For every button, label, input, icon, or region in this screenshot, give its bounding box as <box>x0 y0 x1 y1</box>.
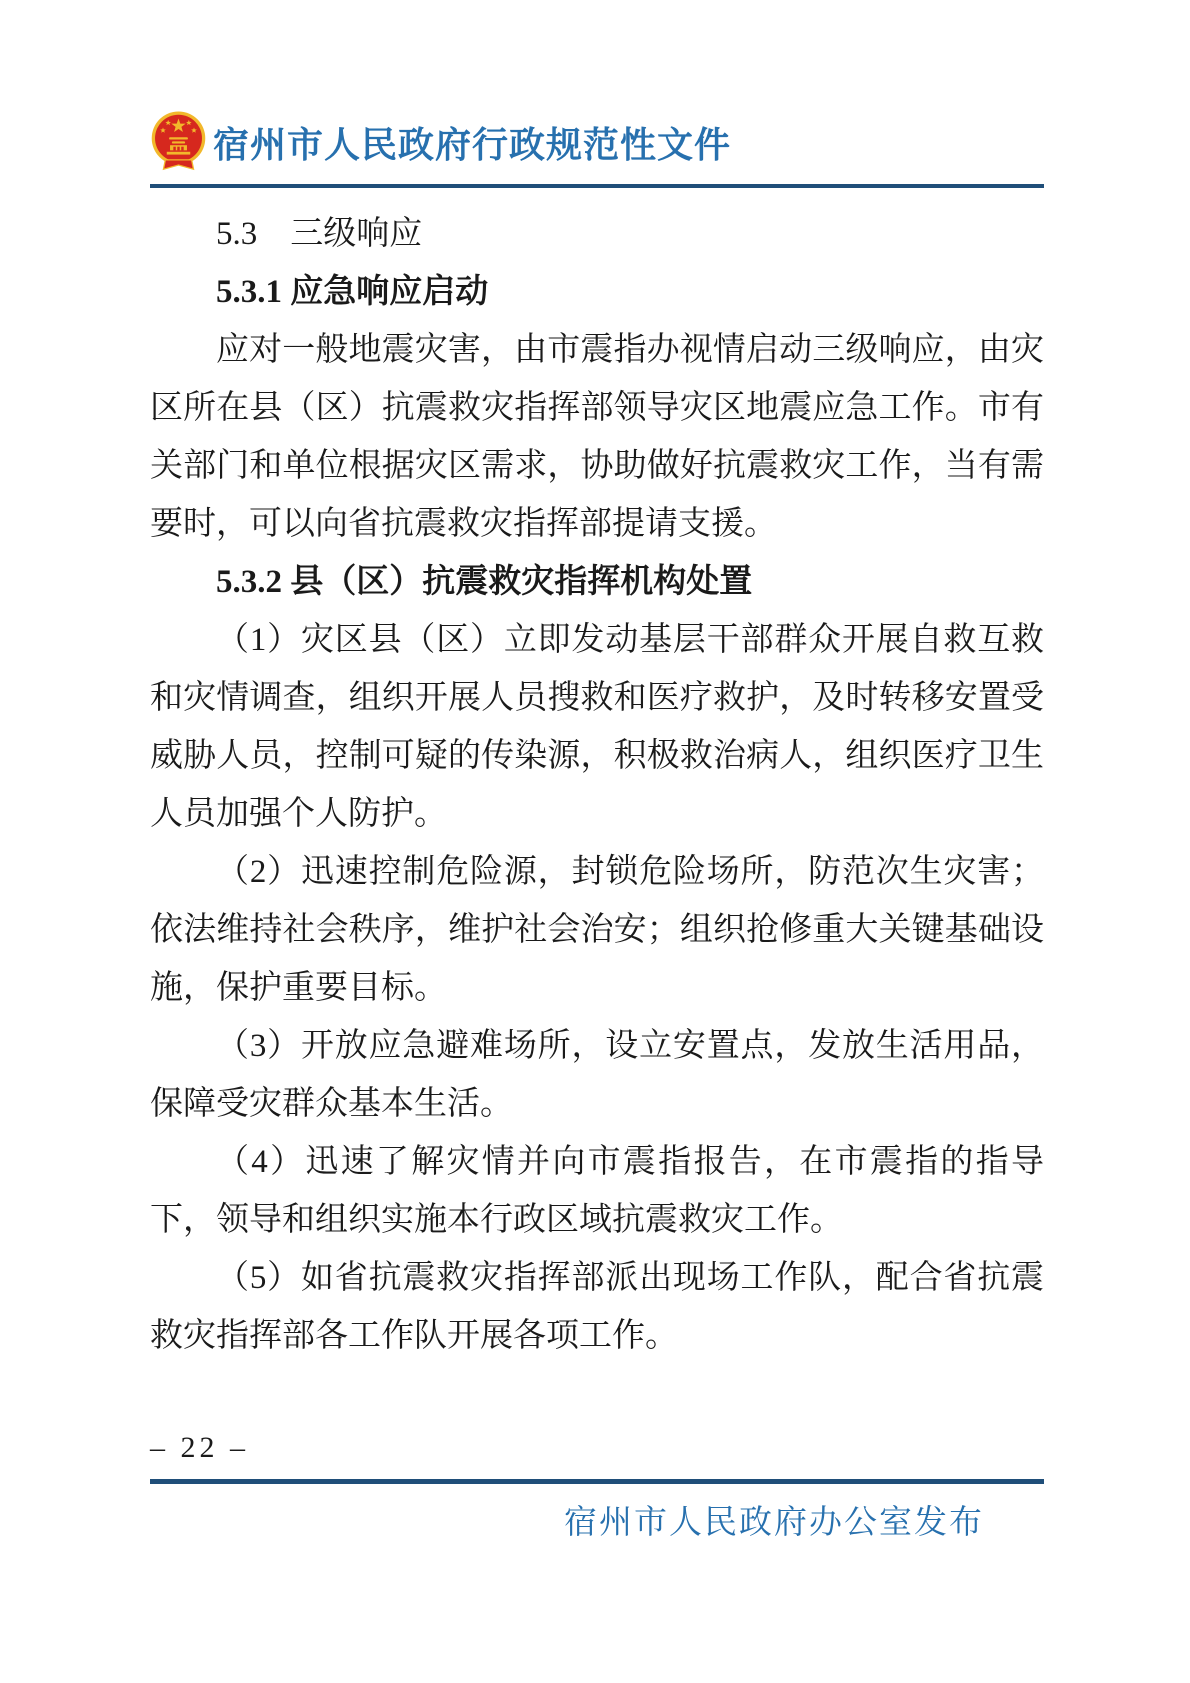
page-footer: – 22 – 宿州市人民政府办公室发布 <box>150 1425 1044 1546</box>
paragraph: （4）迅速了解灾情并向市震指报告，在市震指的指导下，领导和组织实施本行政区域抗震… <box>150 1133 1044 1249</box>
document-body: 5.3 三级响应5.3.1 应急响应启动应对一般地震灾害，由市震指办视情启动三级… <box>150 205 1044 1365</box>
header-row: 宿州市人民政府行政规范性文件 <box>150 110 1044 174</box>
header-divider <box>150 184 1044 188</box>
paragraph: （2）迅速控制危险源，封锁危险场所，防范次生灾害；依法维持社会秩序，维护社会治安… <box>150 843 1044 1017</box>
page-header: 宿州市人民政府行政规范性文件 <box>150 110 1044 188</box>
paragraph: 应对一般地震灾害，由市震指办视情启动三级响应，由灾区所在县（区）抗震救灾指挥部领… <box>150 321 1044 553</box>
page-number: – 22 – <box>150 1425 1044 1471</box>
document-page: 宿州市人民政府行政规范性文件 5.3 三级响应5.3.1 应急响应启动应对一般地… <box>0 0 1190 1683</box>
paragraph: （5）如省抗震救灾指挥部派出现场工作队，配合省抗震救灾指挥部各工作队开展各项工作… <box>150 1249 1044 1365</box>
footer-divider <box>150 1479 1044 1484</box>
paragraph: （3）开放应急避难场所，设立安置点，发放生活用品，保障受灾群众基本生活。 <box>150 1017 1044 1133</box>
section-heading: 5.3 三级响应 <box>150 205 1044 263</box>
section-heading: 5.3.2 县（区）抗震救灾指挥机构处置 <box>150 553 1044 611</box>
national-emblem-icon <box>150 111 207 173</box>
document-masthead-title: 宿州市人民政府行政规范性文件 <box>213 117 731 168</box>
publisher-line: 宿州市人民政府办公室发布 <box>150 1500 1044 1546</box>
paragraph: （1）灾区县（区）立即发动基层干部群众开展自救互救和灾情调查，组织开展人员搜救和… <box>150 611 1044 843</box>
section-heading: 5.3.1 应急响应启动 <box>150 263 1044 321</box>
